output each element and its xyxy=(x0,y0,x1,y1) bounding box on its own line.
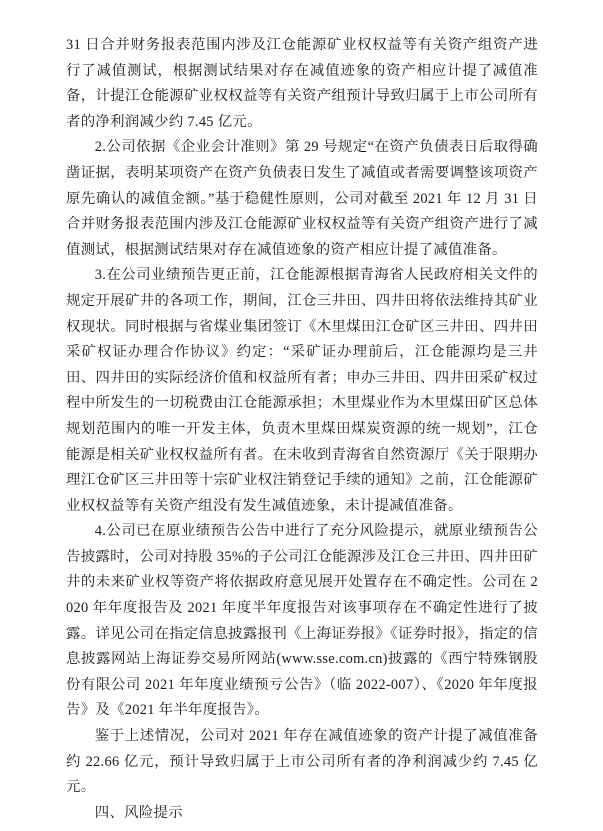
document-page: 31 日合并财务报表范围内涉及江仓能源矿业权权益等有关资产组资产进行了减值测试，… xyxy=(0,0,603,831)
document-text-block: 31 日合并财务报表范围内涉及江仓能源矿业权权益等有关资产组资产进行了减值测试，… xyxy=(66,33,538,826)
paragraph-summary: 鉴于上述情况，公司对 2021 年存在减值迹象的资产计提了减值准备约 22.66… xyxy=(66,724,538,801)
paragraph-item-3: 3.在公司业绩预告更正前，江仓能源根据青海省人民政府相关文件的规定开展矿井的各项… xyxy=(66,263,538,519)
paragraph-continuation: 31 日合并财务报表范围内涉及江仓能源矿业权权益等有关资产组资产进行了减值测试，… xyxy=(66,33,538,135)
paragraph-item-4: 4.公司已在原业绩预告公告中进行了充分风险提示，就原业绩预告公告披露时，公司对持… xyxy=(66,519,538,724)
paragraph-item-2: 2.公司依据《企业会计准则》第 29 号规定“在资产负债表日后取得确凿证据，表明… xyxy=(66,135,538,263)
section-heading-risk: 四、风险提示 xyxy=(66,801,538,827)
